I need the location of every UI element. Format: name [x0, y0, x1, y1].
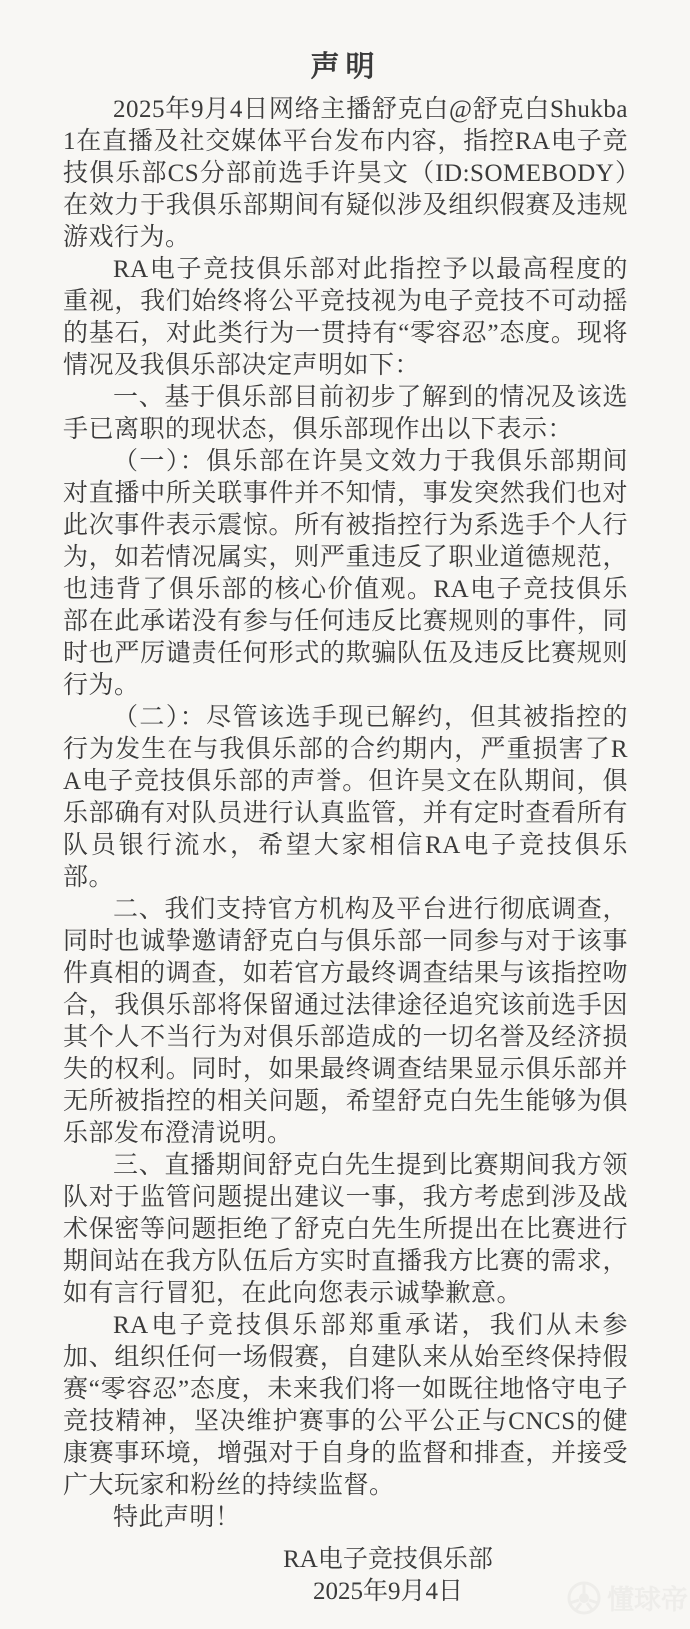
ball-logo-icon: [567, 1581, 601, 1615]
closing-line: 特此声明！: [63, 1502, 628, 1534]
watermark: 懂球帝: [567, 1578, 688, 1617]
page-title: 声明: [63, 50, 628, 84]
watermark-text: 懂球帝: [607, 1578, 688, 1617]
signature-organization: RA电子竞技俱乐部: [283, 1544, 493, 1576]
statement-page: 声明 2025年9月4日网络主播舒克白@舒克白Shukba1在直播及社交媒体平台…: [0, 0, 690, 1629]
signature-date: 2025年9月4日: [313, 1576, 463, 1608]
paragraph-section-1-2: （二）：尽管该选手现已解约，但其被指控的行为发生在与我俱乐部的合约期内，严重损害…: [63, 702, 628, 894]
paragraph-stance: RA电子竞技俱乐部对此指控予以最高程度的重视，我们始终将公平竞技视为电子竞技不可…: [63, 254, 628, 382]
paragraph-section-1: 一、基于俱乐部目前初步了解到的情况及该选手已离职的现状态，俱乐部现作出以下表示：: [63, 382, 628, 446]
paragraph-section-1-1: （一）：俱乐部在许昊文效力于我俱乐部期间对直播中所关联事件并不知情，事发突然我们…: [63, 446, 628, 702]
paragraph-section-2: 二、我们支持官方机构及平台进行彻底调查，同时也诚挚邀请舒克白与俱乐部一同参与对于…: [63, 894, 628, 1150]
paragraph-section-3: 三、直播期间舒克白先生提到比赛期间我方领队对于监管问题提出建议一事，我方考虑到涉…: [63, 1150, 628, 1310]
statement-body: 2025年9月4日网络主播舒克白@舒克白Shukba1在直播及社交媒体平台发布内…: [63, 94, 628, 1534]
paragraph-pledge: RA电子竞技俱乐部郑重承诺，我们从未参加、组织任何一场假赛，自建队来从始至终保持…: [63, 1310, 628, 1502]
paragraph-intro: 2025年9月4日网络主播舒克白@舒克白Shukba1在直播及社交媒体平台发布内…: [63, 94, 628, 254]
signature-block: RA电子竞技俱乐部 2025年9月4日: [208, 1544, 568, 1608]
